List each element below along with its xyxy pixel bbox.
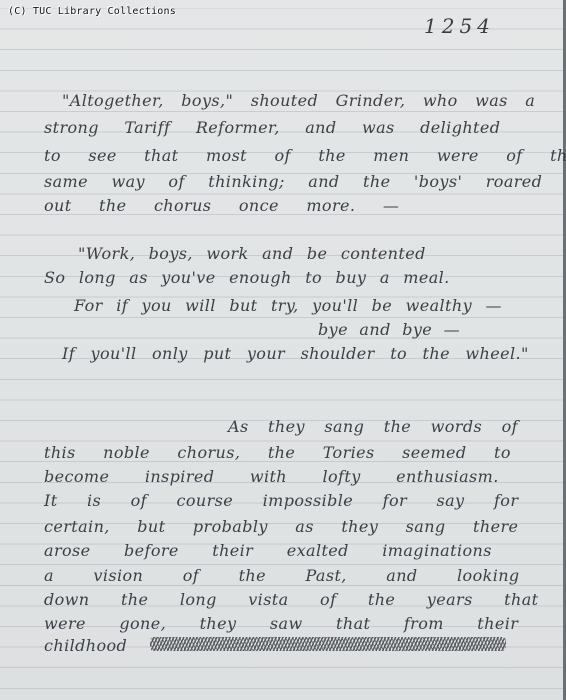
text-line: bye and bye — [318, 320, 460, 339]
text-line: same way of thinking; and the 'boys' roa… [44, 172, 542, 191]
struck-out-text [150, 637, 506, 651]
text-line: "Work, boys, work and be contented [78, 244, 426, 263]
text-line: this noble chorus, the Tories seemed to [44, 443, 511, 462]
text-line: become inspired with lofty enthusiasm. [44, 467, 499, 486]
copyright-watermark: (C) TUC Library Collections [8, 6, 176, 17]
text-line: out the chorus once more. — [44, 196, 399, 215]
text-line: childhood [44, 636, 127, 655]
manuscript-page: (C) TUC Library Collections 1254 "Altoge… [0, 0, 566, 700]
text-line: a vision of the Past, and looking [44, 566, 520, 585]
text-line: "Altogether, boys," shouted Grinder, who… [62, 91, 535, 110]
text-line: to see that most of the men were of the [44, 146, 566, 165]
page-number: 1254 [424, 14, 495, 38]
text-line: strong Tariff Reformer, and was delighte… [44, 118, 500, 137]
text-line: If you'll only put your shoulder to the … [62, 344, 529, 363]
text-line: arose before their exalted imaginations [44, 541, 492, 560]
text-line: were gone, they saw that from their [44, 614, 518, 633]
text-line: As they sang the words of [228, 417, 518, 436]
text-line: down the long vista of the years that [44, 590, 538, 609]
text-line: It is of course impossible for say for [44, 491, 518, 510]
text-line: So long as you've enough to buy a meal. [44, 268, 450, 287]
text-line: For if you will but try, you'll be wealt… [74, 296, 502, 315]
text-line: certain, but probably as they sang there [44, 517, 518, 536]
